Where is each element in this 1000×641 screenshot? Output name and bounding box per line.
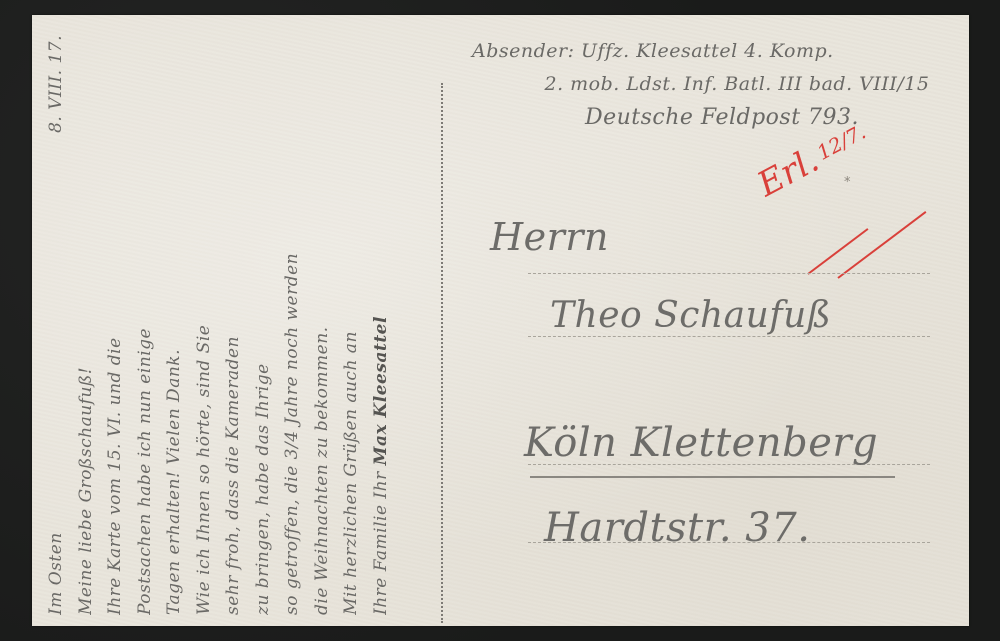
recipient-city: Köln Klettenberg [524, 420, 878, 466]
sender-block: Absender: Uffz. Kleesattel 4. Komp. 2. m… [472, 35, 962, 134]
red-annotation-text: Erl. [751, 140, 825, 205]
message-body: Im Osten 8. VIII. 17. Meine liebe Großsc… [42, 25, 396, 615]
recipient-salutation: Herrn [490, 215, 609, 259]
message-line: Mit herzlichen Grüßen auch an [337, 25, 367, 615]
sender-line-1: Absender: Uffz. Kleesattel 4. Komp. [472, 35, 962, 68]
message-line: so getroffen, die 3/4 Jahre noch werden [278, 25, 308, 615]
signature: Max Kleesattel [371, 316, 391, 465]
city-underline [530, 476, 895, 478]
recipient-street: Hardtstr. 37. [544, 505, 810, 551]
message-place: Im Osten [42, 532, 72, 615]
divider-line [441, 83, 443, 623]
red-underline-long [837, 211, 926, 279]
address-dotted-line-1 [528, 273, 930, 274]
message-line: Wie ich Ihnen so hörte, sind Sie [190, 25, 220, 615]
message-line: die Weihnachten zu bekommen. [308, 25, 338, 615]
red-underline-short [807, 228, 868, 275]
message-line: zu bringen, habe das Ihrige [249, 25, 279, 615]
recipient-name: Theo Schaufuß [550, 295, 831, 336]
message-line: Postsachen habe ich nun einige [131, 25, 161, 615]
address-dotted-line-2 [528, 336, 930, 337]
sender-line-3: Deutsche Feldpost 793. [472, 101, 962, 134]
message-date: 8. VIII. 17. [42, 35, 72, 133]
message-line: Ihre Familie Ihr Max Kleesattel [367, 25, 397, 615]
sender-line-2: 2. mob. Ldst. Inf. Batl. III bad. VIII/1… [472, 68, 962, 101]
message-heading: Im Osten 8. VIII. 17. [42, 25, 72, 615]
postcard: Absender: Uffz. Kleesattel 4. Komp. 2. m… [32, 15, 969, 626]
message-line: Meine liebe Großschaufuß! [72, 25, 102, 615]
message-line: Tagen erhalten! Vielen Dank. [160, 25, 190, 615]
message-line: Ihre Karte vom 15. VI. und die [101, 25, 131, 615]
message-line: sehr froh, dass die Kameraden [219, 25, 249, 615]
asterisk-mark: * [844, 175, 851, 190]
message-closing: Ihre Familie Ihr [371, 471, 391, 615]
